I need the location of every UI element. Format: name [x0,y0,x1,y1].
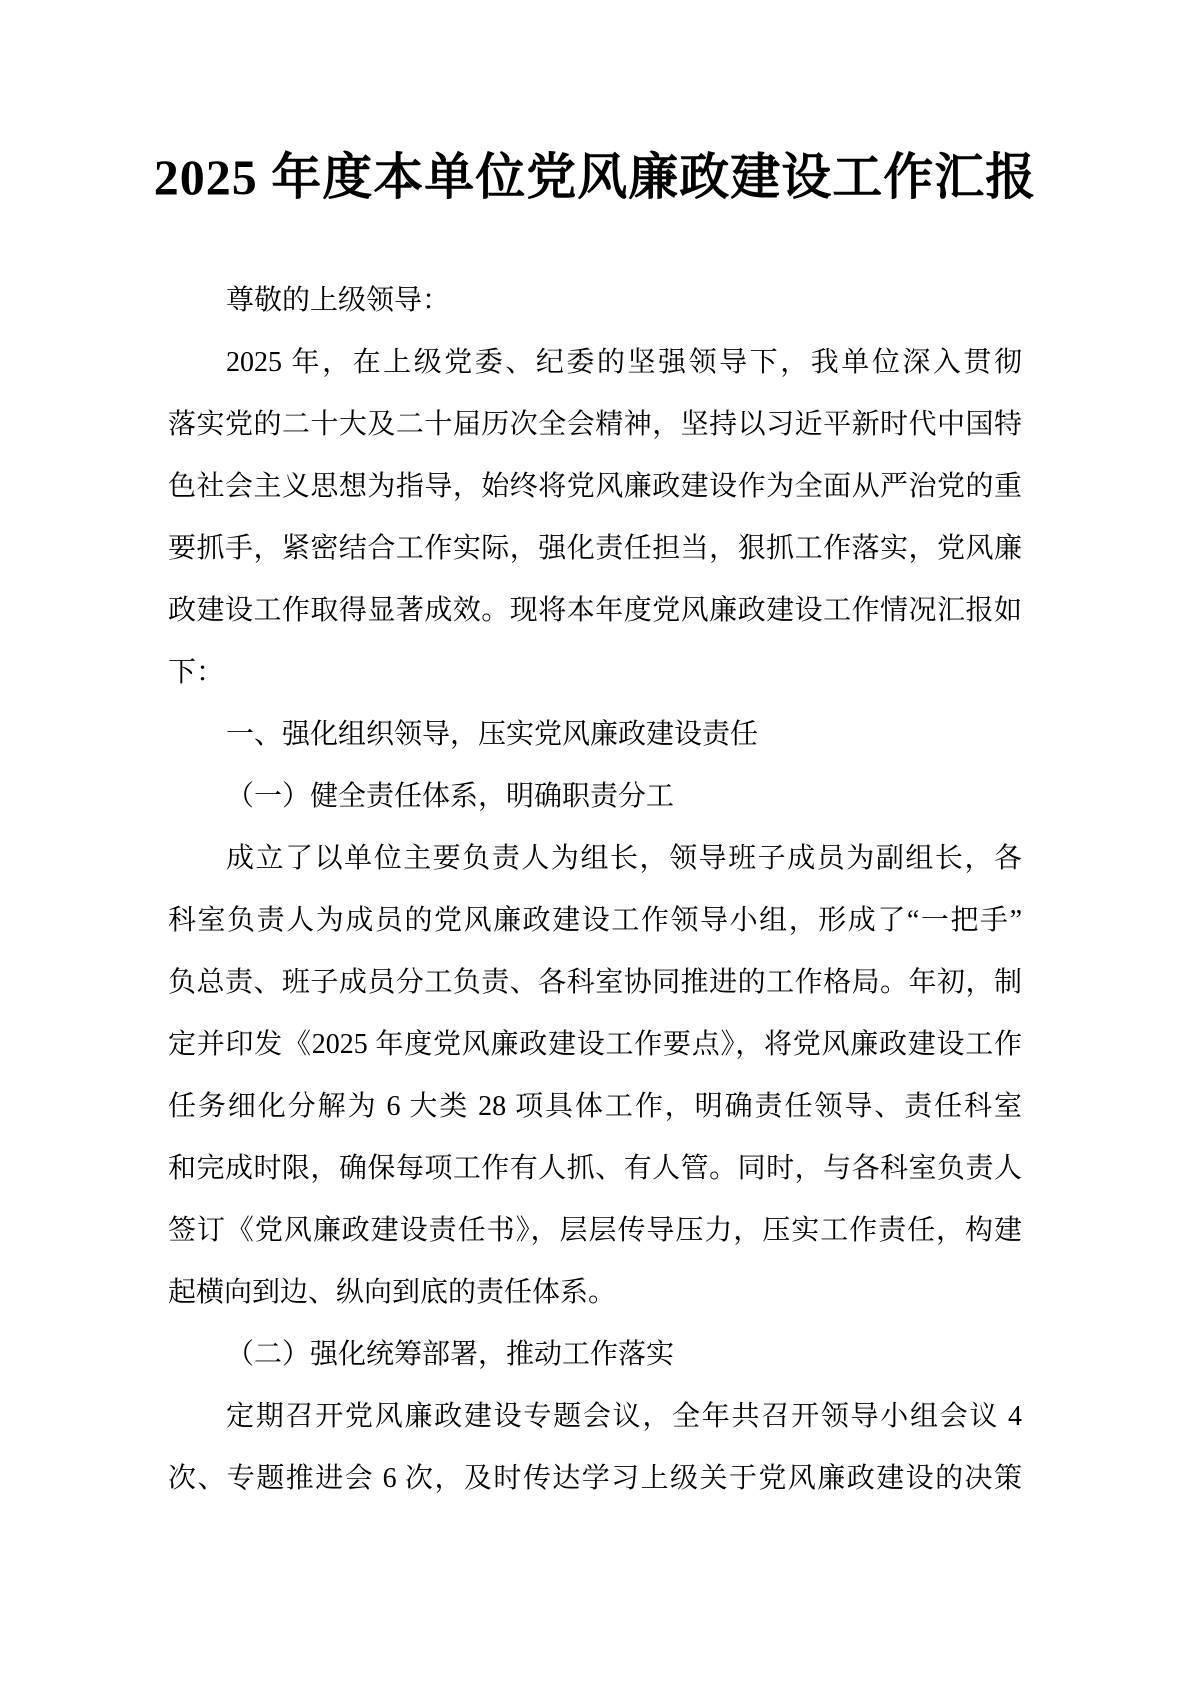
line-body: 要抓手，紧密结合工作实际，强化责任担当，狠抓工作落实，党风廉 [168,518,1022,580]
line-body: 任务细化分解为 6 大类 28 项具体工作，明确责任领导、责任科室 [168,1076,1022,1138]
line-heading1: 一、强化组织领导，压实党风廉政建设责任 [168,704,1022,766]
document-page: 2025 年度本单位党风廉政建设工作汇报 尊敬的上级领导：2025 年，在上级党… [0,0,1190,1683]
line-body: 负总责、班子成员分工负责、各科室协同推进的工作格局。年初，制 [168,952,1022,1014]
line-salutation: 尊敬的上级领导： [168,270,1022,332]
line-body: 2025 年，在上级党委、纪委的坚强领导下，我单位深入贯彻 [168,332,1022,394]
line-body: 科室负责人为成员的党风廉政建设工作领导小组，形成了“一把手” [168,890,1022,952]
document-body: 尊敬的上级领导：2025 年，在上级党委、纪委的坚强领导下，我单位深入贯彻落实党… [168,270,1022,1510]
line-body: 定并印发《2025 年度党风廉政建设工作要点》，将党风廉政建设工作 [168,1014,1022,1076]
line-heading2: （二）强化统筹部署，推动工作落实 [168,1324,1022,1386]
line-body: 落实党的二十大及二十届历次全会精神，坚持以习近平新时代中国特 [168,394,1022,456]
line-body: 次、专题推进会 6 次，及时传达学习上级关于党风廉政建设的决策 [168,1448,1022,1510]
line-body: 政建设工作取得显著成效。现将本年度党风廉政建设工作情况汇报如 [168,580,1022,642]
line-body: 成立了以单位主要负责人为组长，领导班子成员为副组长，各 [168,828,1022,890]
line-body: 色社会主义思想为指导，始终将党风廉政建设作为全面从严治党的重 [168,456,1022,518]
line-body: 定期召开党风廉政建设专题会议，全年共召开领导小组会议 4 [168,1386,1022,1448]
line-body: 签订《党风廉政建设责任书》，层层传导压力，压实工作责任，构建 [168,1200,1022,1262]
line-body: 起横向到边、纵向到底的责任体系。 [168,1262,1022,1324]
line-body: 和完成时限，确保每项工作有人抓、有人管。同时，与各科室负责人 [168,1138,1022,1200]
line-body: 下： [168,642,1022,704]
document-title: 2025 年度本单位党风廉政建设工作汇报 [0,146,1190,208]
line-heading2: （一）健全责任体系，明确职责分工 [168,766,1022,828]
